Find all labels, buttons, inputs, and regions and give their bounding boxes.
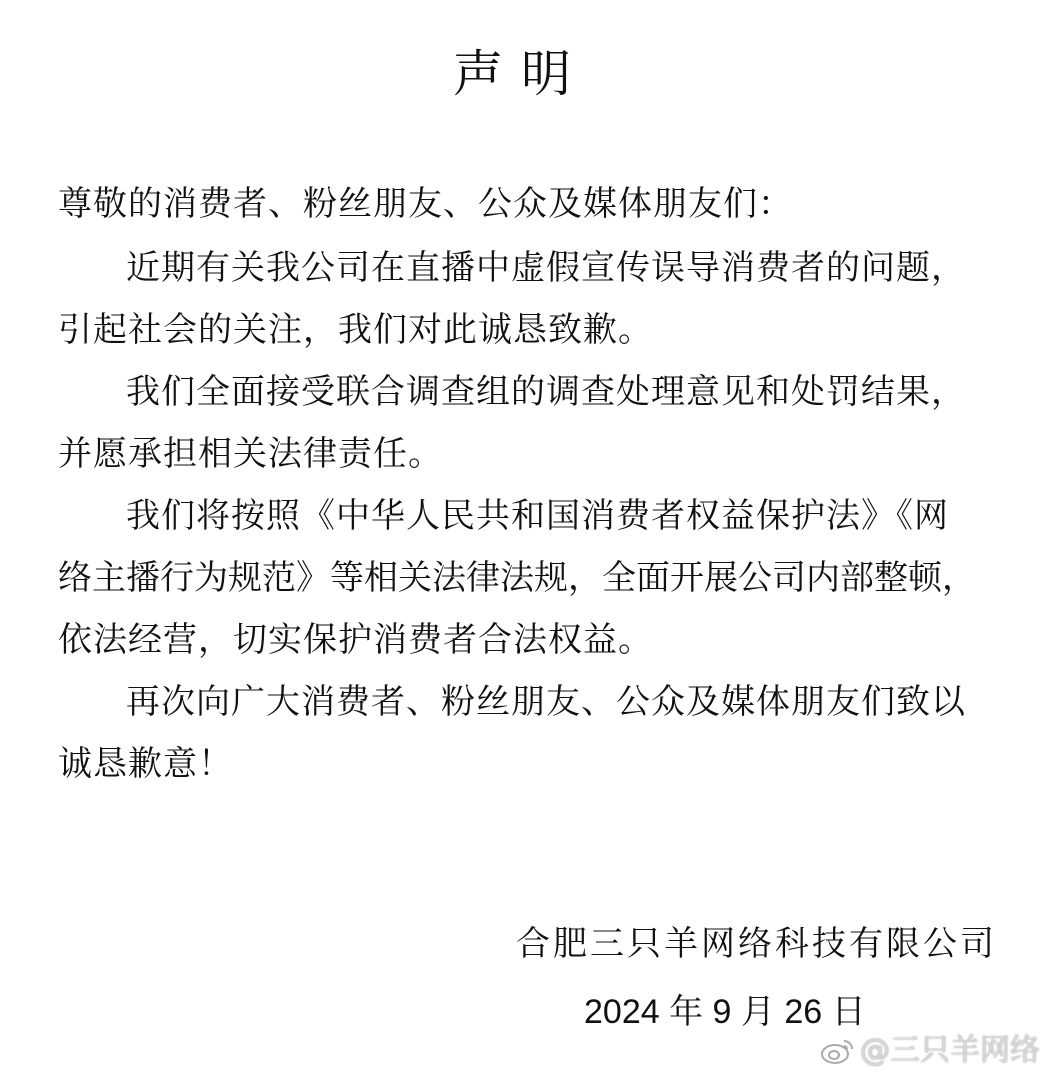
paragraph-3-line-3: 依法经营，切实保护消费者合法权益。 xyxy=(58,620,653,660)
paragraph-3-line-1: 我们将按照《中华人民共和国消费者权益保护法》《网 xyxy=(126,496,949,536)
paragraph-2-line-2: 并愿承担相关法律责任。 xyxy=(58,434,443,474)
weibo-icon xyxy=(820,1037,856,1065)
salutation: 尊敬的消费者、粉丝朋友、公众及媒体朋友们： xyxy=(58,184,793,224)
paragraph-4-line-2: 诚恳歉意！ xyxy=(58,744,233,784)
statement-date: 2024 年 9 月 26 日 xyxy=(584,992,866,1032)
page-title: 声明 xyxy=(0,44,1042,104)
paragraph-2-line-1: 我们全面接受联合调查组的调查处理意见和处罚结果， xyxy=(126,372,966,412)
paragraph-4-line-1: 再次向广大消费者、粉丝朋友、公众及媒体朋友们致以 xyxy=(126,682,966,722)
paragraph-1-line-1: 近期有关我公司在直播中虚假宣传误导消费者的问题， xyxy=(126,248,966,288)
watermark-text: @三只羊网络 xyxy=(860,1034,1040,1068)
weibo-watermark: @三只羊网络 xyxy=(820,1034,1040,1068)
paragraph-1-line-2: 引起社会的关注，我们对此诚恳致歉。 xyxy=(58,310,653,350)
paragraph-3-line-2: 络主播行为规范》等相关法律法规，全面开展公司内部整顿， xyxy=(58,558,976,598)
company-signature: 合肥三只羊网络科技有限公司 xyxy=(516,924,997,964)
